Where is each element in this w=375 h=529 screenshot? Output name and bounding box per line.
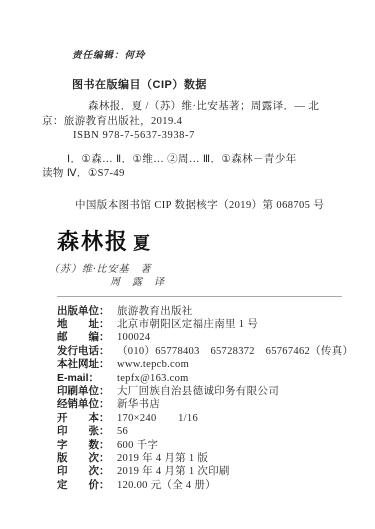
info-row-distributor: 经销单位：新华书店 xyxy=(57,398,345,411)
info-label: 开 本： xyxy=(57,412,117,425)
info-label: 地 址： xyxy=(57,318,117,331)
info-label: 印 次： xyxy=(57,465,117,478)
info-value: （010）65778403 65728372 65767462（传真） xyxy=(117,345,353,358)
info-value: 2019 年 4 月第 1 版 xyxy=(117,452,208,465)
info-value: 2019 年 4 月第 1 次印刷 xyxy=(117,465,230,478)
info-label: 印刷单位： xyxy=(57,385,117,398)
cip-heading: 图书在版编目（CIP）数据 xyxy=(72,76,345,92)
info-value: 170×240 1/16 xyxy=(117,412,198,425)
cip-record: 森林报．夏 /（苏）维·比安基著；周露译．— 北 京：旅游教育出版社，2019.… xyxy=(42,100,345,144)
cip-classification-line-1: Ⅰ．①森… Ⅱ．①维… ②周… Ⅲ．①森林－青少年 xyxy=(67,153,345,168)
info-label: 定 价： xyxy=(57,479,117,492)
info-value: 56 xyxy=(117,425,128,438)
book-copyright-page: 责任编辑：何玲 图书在版编目（CIP）数据 森林报．夏 /（苏）维·比安基著；周… xyxy=(0,0,375,529)
cip-record-line-1: 森林报．夏 /（苏）维·比安基著；周露译．— 北 xyxy=(88,100,345,115)
cip-classification-line-2: 读物 Ⅳ．①S7-49 xyxy=(42,167,345,182)
divider xyxy=(57,296,342,297)
info-row-wordcount: 字 数：600 千字 xyxy=(57,439,345,452)
info-row-edition: 版 次：2019 年 4 月第 1 版 xyxy=(57,452,345,465)
info-row-website: 本社网址：www.tepcb.com xyxy=(57,358,345,371)
info-value: 600 千字 xyxy=(117,439,158,452)
info-row-price: 定 价：120.00 元（全 4 册） xyxy=(57,479,345,492)
info-label: 字 数： xyxy=(57,439,117,452)
book-subtitle: 夏 xyxy=(133,234,150,253)
info-row-publisher: 出版单位：旅游教育出版社 xyxy=(57,305,345,318)
info-label: 发行电话： xyxy=(57,345,117,358)
info-label: 经销单位： xyxy=(57,398,117,411)
translator-line: 周 露 译 xyxy=(110,276,345,289)
info-label: 邮 编： xyxy=(57,331,117,344)
publication-info: 出版单位：旅游教育出版社 地 址：北京市朝阳区定福庄南里 1 号 邮 编：100… xyxy=(57,305,345,493)
info-row-printing: 印 次：2019 年 4 月第 1 次印刷 xyxy=(57,465,345,478)
info-row-sheets: 印 张：56 xyxy=(57,425,345,438)
responsible-editor-line: 责任编辑：何玲 xyxy=(72,50,345,62)
cip-record-line-2: 京：旅游教育出版社，2019.4 xyxy=(42,115,345,130)
info-label: E-mail： xyxy=(57,372,117,385)
page-content: 责任编辑：何玲 图书在版编目（CIP）数据 森林报．夏 /（苏）维·比安基著；周… xyxy=(0,0,375,492)
responsible-editor-name: 何玲 xyxy=(125,51,146,61)
info-value: www.tepcb.com xyxy=(117,358,189,371)
book-title-row: 森林报夏 xyxy=(57,229,345,258)
author-line: （苏）维·比安基 著 xyxy=(49,263,345,276)
book-title: 森林报 xyxy=(57,229,129,254)
info-value: 大厂回族自治县德诚印务有限公司 xyxy=(117,385,279,398)
info-label: 印 张： xyxy=(57,425,117,438)
info-row-email: E-mail：tepfx@163.com xyxy=(57,372,345,385)
info-row-phone: 发行电话：（010）65778403 65728372 65767462（传真） xyxy=(57,345,345,358)
info-row-format: 开 本：170×240 1/16 xyxy=(57,412,345,425)
info-row-printer: 印刷单位：大厂回族自治县德诚印务有限公司 xyxy=(57,385,345,398)
info-row-address: 地 址：北京市朝阳区定福庄南里 1 号 xyxy=(57,318,345,331)
cip-classification: Ⅰ．①森… Ⅱ．①维… ②周… Ⅲ．①森林－青少年 读物 Ⅳ．①S7-49 xyxy=(42,153,345,182)
info-value: 新华书店 xyxy=(117,398,160,411)
info-row-postcode: 邮 编：100024 xyxy=(57,331,345,344)
info-label: 版 次： xyxy=(57,452,117,465)
info-label: 出版单位： xyxy=(57,305,117,318)
responsible-editor-label: 责任编辑： xyxy=(72,51,125,61)
isbn-line: ISBN 978-7-5637-3938-7 xyxy=(73,129,345,144)
info-value: 旅游教育出版社 xyxy=(117,305,193,318)
info-value: 120.00 元（全 4 册） xyxy=(117,479,216,492)
info-value: 100024 xyxy=(117,331,150,344)
info-value: tepfx@163.com xyxy=(117,372,189,385)
cip-registry-line: 中国版本图书馆 CIP 数据核字（2019）第 068705 号 xyxy=(75,197,345,212)
info-value: 北京市朝阳区定福庄南里 1 号 xyxy=(117,318,258,331)
info-label: 本社网址： xyxy=(57,358,117,371)
